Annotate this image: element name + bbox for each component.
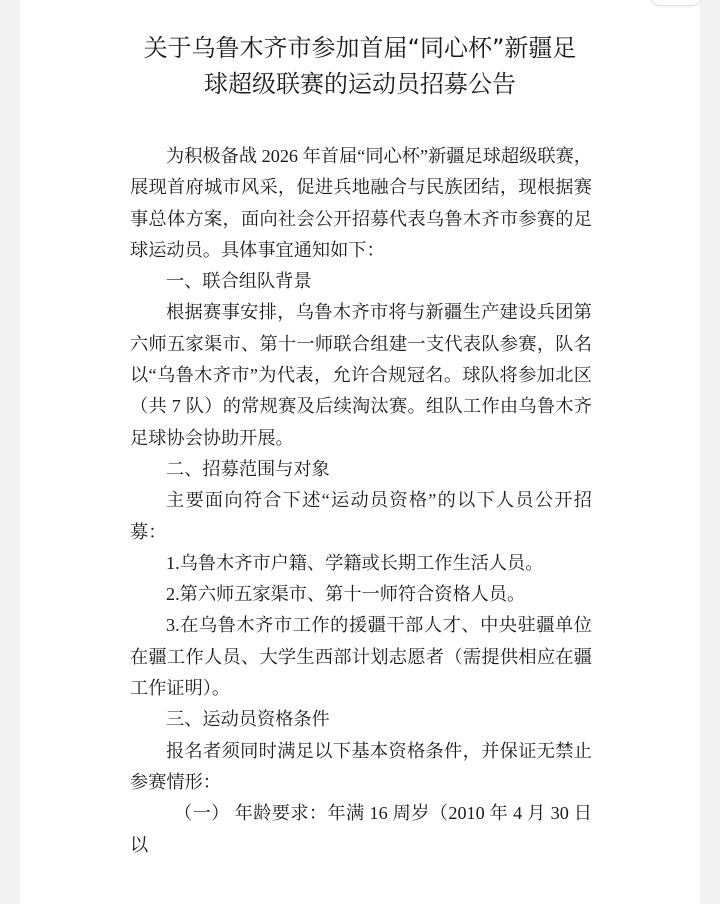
intro-paragraph: 为积极备战 2026 年首届“同心杯”新疆足球超级联赛，展现首府城市风采，促进兵… (130, 141, 592, 266)
section-heading-1: 一、联合组队背景 (130, 266, 592, 297)
floating-toolbar-button[interactable] (650, 0, 702, 6)
recruitment-scope-paragraph: 主要面向符合下述“运动员资格”的以下人员公开招募： (130, 485, 592, 548)
eligibility-paragraph: 报名者须同时满足以下基本资格条件，并保证无禁止参赛情形： (130, 736, 592, 799)
document-page: 关于乌鲁木齐市参加首届“同心杯”新疆足 球超级联赛的运动员招募公告 为积极备战 … (20, 0, 700, 904)
list-item-1: 1.乌鲁木齐市户籍、学籍或长期工作生活人员。 (130, 548, 592, 579)
list-item-3: 3.在乌鲁木齐市工作的援疆干部人才、中央驻疆单位在疆工作人员、大学生西部计划志愿… (130, 610, 592, 704)
list-item-2: 2.第六师五家渠市、第十一师符合资格人员。 (130, 579, 592, 610)
team-background-paragraph: 根据赛事安排，乌鲁木齐市将与新疆生产建设兵团第六师五家渠市、第十一师联合组建一支… (130, 297, 592, 453)
section-heading-3: 三、运动员资格条件 (130, 704, 592, 735)
section-heading-2: 二、招募范围与对象 (130, 454, 592, 485)
age-requirement-item: （一） 年龄要求：年满 16 周岁（2010 年 4 月 30 日以 (130, 798, 592, 861)
document-title: 关于乌鲁木齐市参加首届“同心杯”新疆足 球超级联赛的运动员招募公告 (20, 30, 700, 102)
document-body: 为积极备战 2026 年首届“同心杯”新疆足球超级联赛，展现首府城市风采，促进兵… (130, 141, 592, 861)
title-line-1: 关于乌鲁木齐市参加首届“同心杯”新疆足 (20, 30, 700, 66)
title-line-2: 球超级联赛的运动员招募公告 (20, 66, 700, 102)
